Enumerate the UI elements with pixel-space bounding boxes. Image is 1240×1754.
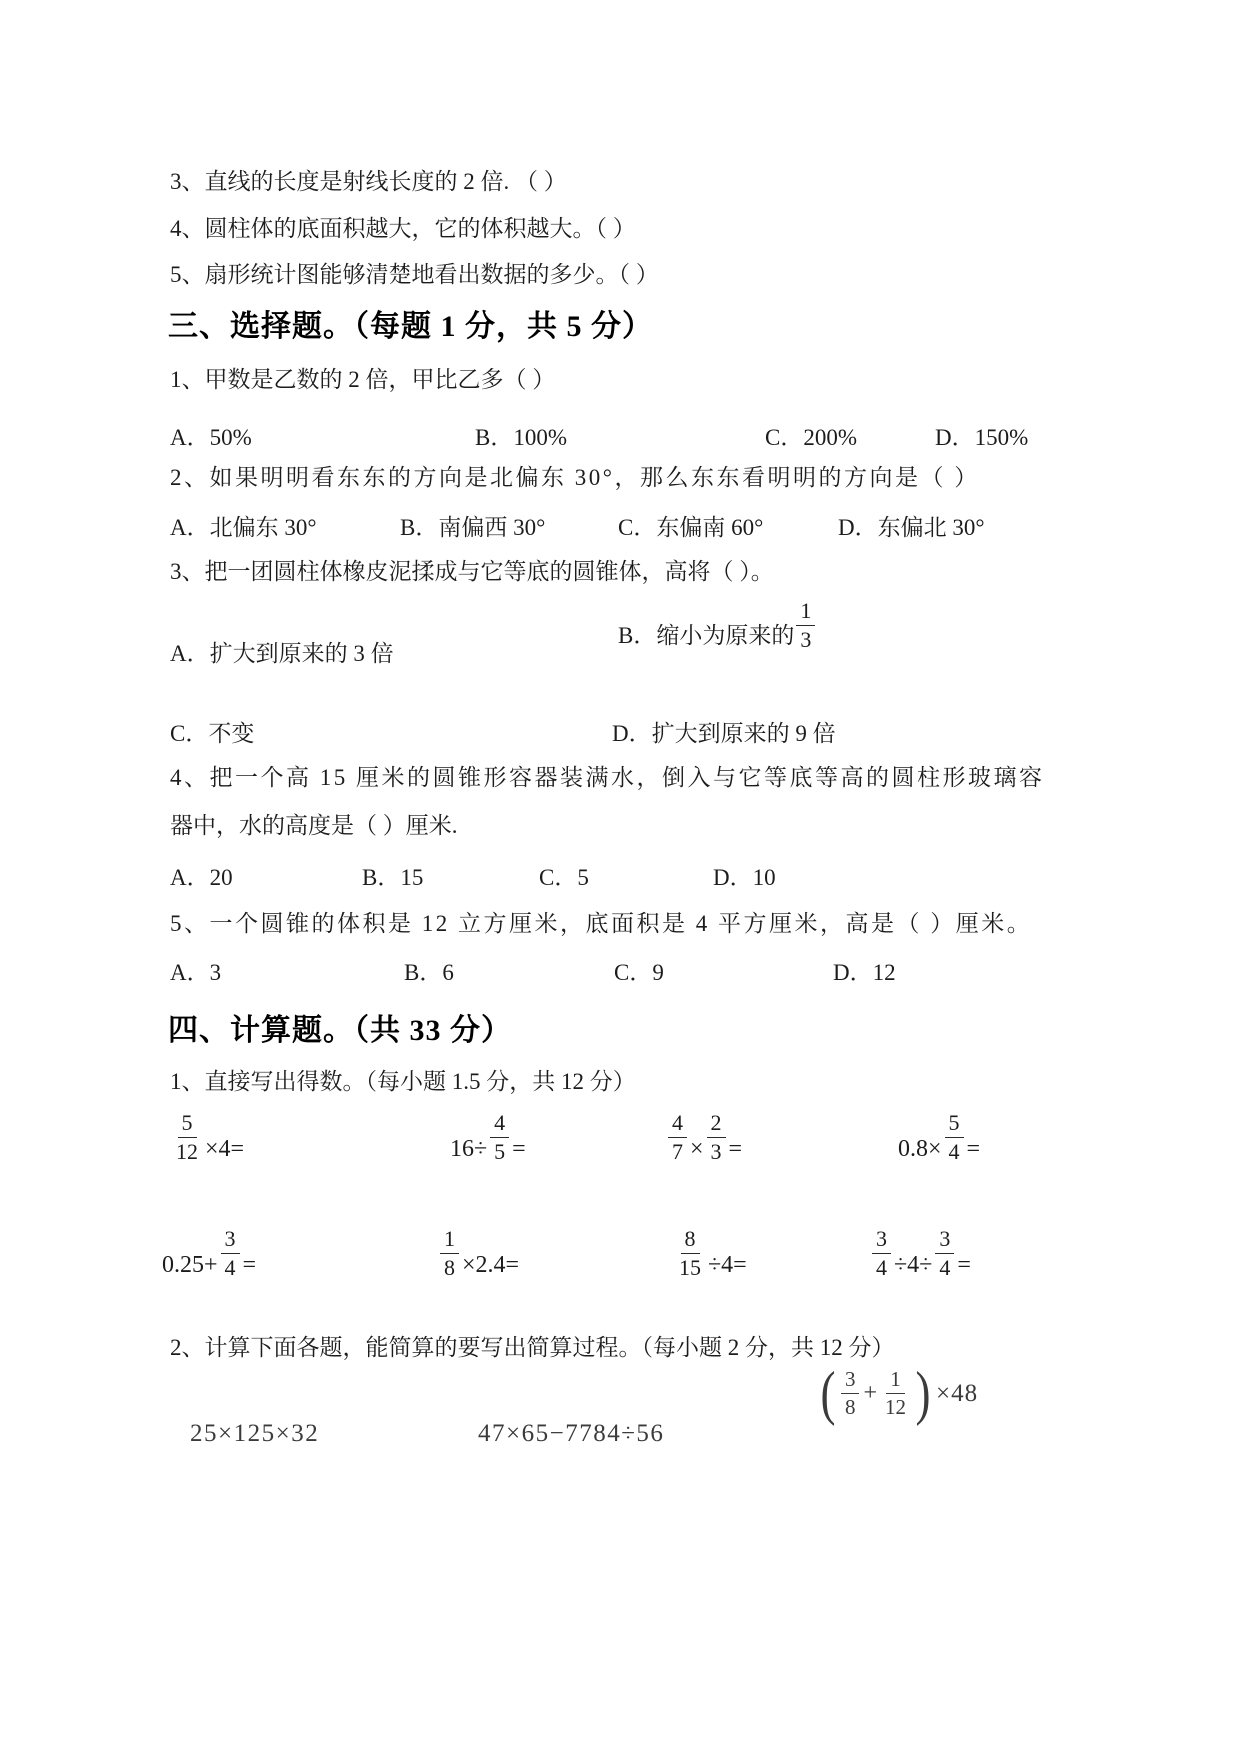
calc-sub1-title: 1、直接写出得数。（每小题 1.5 分，共 12 分） [170, 1068, 636, 1097]
fraction-denominator: 4 [221, 1254, 240, 1279]
calc-equals-sign: = [967, 1137, 981, 1163]
fraction-denominator: 8 [440, 1254, 459, 1279]
fraction-denominator: 12 [172, 1138, 202, 1163]
calc-operator-text: 16÷ [450, 1137, 487, 1163]
fraction-numerator: 4 [490, 1112, 509, 1138]
choice-q5-option-b: B．6 [404, 959, 454, 988]
open-paren: ( [820, 1368, 835, 1419]
choice-q3-stem: 3、把一团圆柱体橡皮泥揉成与它等底的圆锥体，高将（ ）。 [170, 558, 774, 587]
choice-q5-option-d: D．12 [833, 959, 896, 988]
calc-item-1-4: 0.8× 5 4 = [898, 1112, 980, 1163]
plus-sign: + [862, 1380, 878, 1407]
fraction-numerator: 5 [178, 1112, 197, 1138]
fraction-3-4: 3 4 [221, 1228, 240, 1279]
judge-item-3: 3、直线的长度是射线长度的 2 倍. （ ） [170, 168, 567, 197]
calc-item-2-3: 8 15 ÷4= [675, 1228, 747, 1279]
fraction-denominator: 3 [707, 1138, 726, 1163]
section-4-heading: 四、计算题。（共 33 分） [168, 1012, 512, 1050]
choice-q4-stem-line1: 4、把一个高 15 厘米的圆锥形容器装满水，倒入与它等底等高的圆柱形玻璃容 [170, 764, 1045, 793]
choice-q2-option-a: A．北偏东 30° [170, 514, 317, 543]
fraction-numerator: 1 [440, 1228, 459, 1254]
choice-q2-option-b: B．南偏西 30° [400, 514, 545, 543]
choice-q3-option-c: C．不变 [170, 720, 254, 749]
choice-q3-option-b-text: B．缩小为原来的 [618, 622, 794, 651]
fraction-3-4: 3 4 [872, 1228, 891, 1279]
choice-q2-option-d: D．东偏北 30° [838, 514, 985, 543]
fraction-denominator: 3 [796, 626, 815, 651]
judge-item-4: 4、圆柱体的底面积越大，它的体积越大。（ ） [170, 215, 636, 244]
fraction-numerator: 2 [707, 1112, 726, 1138]
fraction-3-4: 3 4 [935, 1228, 954, 1279]
section-3-heading: 三、选择题。（每题 1 分，共 5 分） [168, 308, 653, 346]
calc-operator-text: ×4= [205, 1137, 244, 1163]
calc-equals-sign: = [512, 1137, 526, 1163]
calc-expression-1: 25×125×32 [190, 1420, 319, 1448]
fraction-denominator: 4 [935, 1254, 954, 1279]
calc-item-2-1: 0.25+ 3 4 = [162, 1228, 256, 1279]
calc-item-1-1: 5 12 ×4= [172, 1112, 244, 1163]
calc-equals-sign: = [243, 1253, 257, 1279]
choice-q3-option-b: B．缩小为原来的 1 3 [618, 600, 815, 651]
choice-q4-option-c: C．5 [539, 864, 589, 893]
calc-expression-3: ( 3 8 + 1 12 ) ×48 [818, 1368, 978, 1419]
fraction-denominator: 12 [881, 1394, 910, 1418]
choice-q1-option-d: D．150% [935, 424, 1028, 453]
fraction-denominator: 15 [675, 1254, 705, 1279]
choice-q2-stem: 2、如果明明看东东的方向是北偏东 30°，那么东东看明明的方向是（ ） [170, 464, 980, 493]
choice-q1-stem: 1、甲数是乙数的 2 倍，甲比乙多（ ） [170, 366, 555, 395]
calc-operator-text: 0.25+ [162, 1253, 218, 1279]
calc-operator-text: 0.8× [898, 1137, 942, 1163]
fraction-2-3: 2 3 [707, 1112, 726, 1163]
choice-q4-option-b: B．15 [362, 864, 423, 893]
calc-operator-text: ÷4÷ [894, 1253, 932, 1279]
choice-q1-option-c: C．200% [765, 424, 857, 453]
choice-q1-option-a: A．50% [170, 424, 252, 453]
choice-q5-stem: 5、一个圆锥的体积是 12 立方厘米，底面积是 4 平方厘米，高是（ ）厘米。 [170, 910, 1032, 939]
exam-page: 3、直线的长度是射线长度的 2 倍. （ ） 4、圆柱体的底面积越大，它的体积越… [0, 0, 1240, 1754]
choice-q3-option-d: D．扩大到原来的 9 倍 [612, 720, 836, 749]
calc-operator-text: ÷4= [708, 1253, 747, 1279]
calc-equals-sign: = [729, 1137, 743, 1163]
fraction-1-12: 1 12 [881, 1369, 910, 1418]
choice-q5-option-c: C．9 [614, 959, 664, 988]
calc-expression-2: 47×65−7784÷56 [478, 1420, 664, 1448]
fraction-4-7: 4 7 [668, 1112, 687, 1163]
calc-sub2-title: 2、计算下面各题，能简算的要写出简算过程。（每小题 2 分，共 12 分） [170, 1334, 895, 1363]
fraction-5-4: 5 4 [945, 1112, 964, 1163]
calc-operator-text: ×2.4= [462, 1253, 519, 1279]
judge-item-5: 5、扇形统计图能够清楚地看出数据的多少。（ ） [170, 261, 659, 290]
fraction-5-12: 5 12 [172, 1112, 202, 1163]
close-paren: ) [916, 1368, 931, 1419]
fraction-denominator: 5 [490, 1138, 509, 1163]
choice-q4-option-d: D．10 [713, 864, 776, 893]
choice-q5-option-a: A．3 [170, 959, 221, 988]
fraction-4-5: 4 5 [490, 1112, 509, 1163]
calc-item-2-4: 3 4 ÷4÷ 3 4 = [872, 1228, 971, 1279]
fraction-1-8: 1 8 [440, 1228, 459, 1279]
fraction-numerator: 5 [945, 1112, 964, 1138]
fraction-one-third: 1 3 [796, 600, 815, 651]
fraction-numerator: 3 [872, 1228, 891, 1254]
calc-operator-text: × [690, 1137, 704, 1163]
times-48-text: ×48 [936, 1380, 978, 1408]
choice-q4-stem-line2: 器中，水的高度是（ ）厘米. [170, 812, 458, 841]
fraction-8-15: 8 15 [675, 1228, 705, 1279]
fraction-numerator: 1 [796, 600, 815, 626]
fraction-3-8: 3 8 [841, 1369, 860, 1418]
fraction-numerator: 3 [841, 1369, 860, 1394]
fraction-numerator: 3 [221, 1228, 240, 1254]
fraction-denominator: 8 [841, 1394, 860, 1418]
fraction-numerator: 8 [681, 1228, 700, 1254]
fraction-numerator: 3 [935, 1228, 954, 1254]
choice-q1-option-b: B．100% [475, 424, 567, 453]
calc-item-1-3: 4 7 × 2 3 = [668, 1112, 742, 1163]
choice-q4-option-a: A．20 [170, 864, 233, 893]
fraction-denominator: 4 [872, 1254, 891, 1279]
fraction-denominator: 4 [945, 1138, 964, 1163]
calc-item-1-2: 16÷ 4 5 = [450, 1112, 526, 1163]
choice-q2-option-c: C．东偏南 60° [618, 514, 763, 543]
fraction-numerator: 1 [886, 1369, 905, 1394]
calc-item-2-2: 1 8 ×2.4= [440, 1228, 519, 1279]
calc-equals-sign: = [957, 1253, 971, 1279]
fraction-denominator: 7 [668, 1138, 687, 1163]
fraction-numerator: 4 [668, 1112, 687, 1138]
choice-q3-option-a: A．扩大到原来的 3 倍 [170, 640, 394, 669]
